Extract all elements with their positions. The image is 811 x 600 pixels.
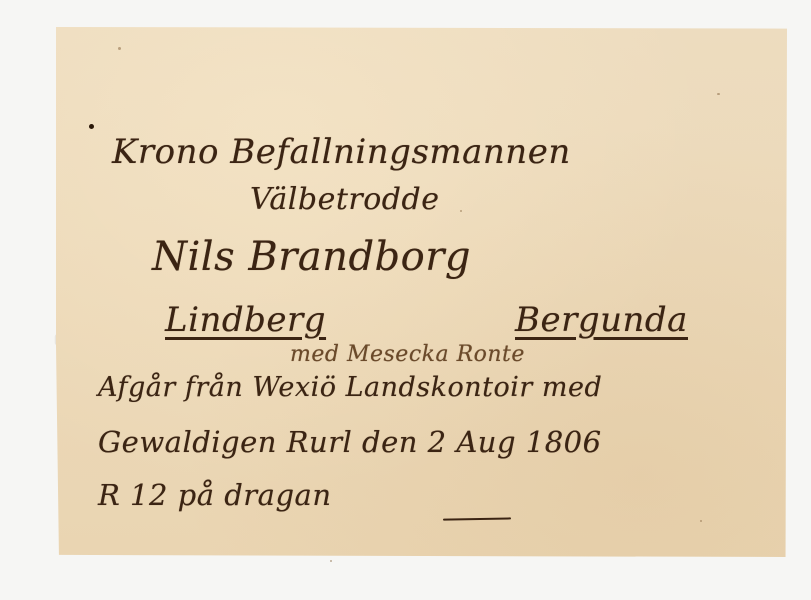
recipient-name: Nils Brandborg — [152, 234, 471, 280]
place-right: Bergunda — [515, 300, 688, 340]
date-line: Gewaldigen Rurl den 2 Aug 1806 — [98, 425, 602, 459]
inserted-note: med Mesecka Ronte — [290, 342, 525, 367]
ink-dot — [89, 124, 94, 129]
dispatch-line: Afgår från Wexiö Landskontoir med — [98, 372, 602, 403]
scan-background: Krono Befallningsmannen Välbetrodde Nils… — [0, 0, 811, 600]
honorific: Välbetrodde — [250, 182, 439, 217]
postage-line: R 12 på dragan — [98, 478, 332, 512]
paper-speck — [118, 47, 121, 50]
address-title: Krono Befallningsmannen — [112, 132, 571, 172]
paper-speck — [717, 93, 720, 95]
paper-speck — [460, 210, 462, 212]
paper-speck — [700, 520, 702, 522]
place-left: Lindberg — [165, 300, 326, 340]
paper-speck — [330, 560, 332, 562]
